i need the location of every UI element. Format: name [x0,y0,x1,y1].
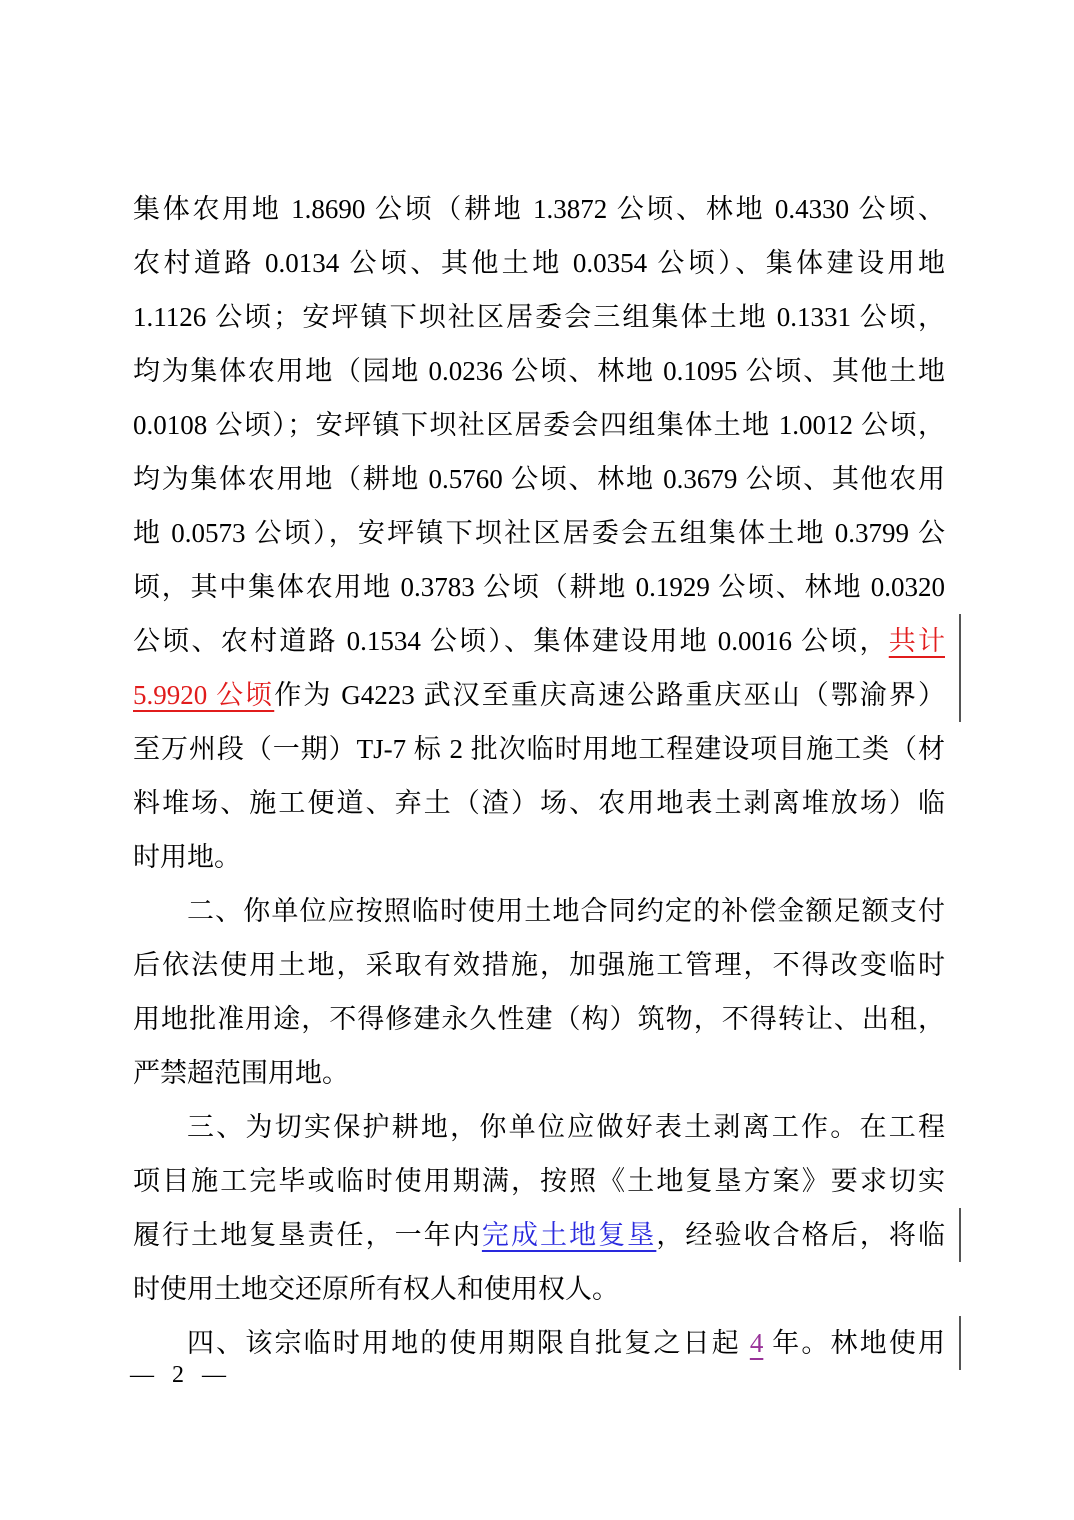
text-segment: 地 0.0573 公顷），安坪镇下坝社区居委会五组集体土地 0.3799 公 [133,518,945,548]
text-segment: 1.1126 公顷；安坪镇下坝社区居委会三组集体土地 0.1331 公顷， [133,302,945,332]
text-line: 顷，其中集体农用地 0.3783 公顷（耕地 0.1929 公顷、林地 0.03… [133,560,945,614]
text-line: 均为集体农用地（园地 0.0236 公顷、林地 0.1095 公顷、其他土地 [133,344,945,398]
text-segment: 时用地。 [133,842,241,872]
text-segment: 年。林地使用 [763,1328,945,1358]
text-line: 均为集体农用地（耕地 0.5760 公顷、林地 0.3679 公顷、其他农用 [133,452,945,506]
text-segment: 顷，其中集体农用地 0.3783 公顷（耕地 0.1929 公顷、林地 0.03… [133,572,945,602]
text-line: 集体农用地 1.8690 公顷（耕地 1.3872 公顷、林地 0.4330 公… [133,182,945,236]
revision-red-text-segment: 5.9920 公顷 [133,680,274,710]
text-line: 5.9920 公顷作为 G4223 武汉至重庆高速公路重庆巫山（鄂渝界） [133,668,945,722]
text-segment: ，经验收合格后，将临 [656,1220,945,1250]
revision-change-bar [959,1316,961,1370]
text-segment: 四、该宗临时用地的使用期限自批复之日起 [187,1328,750,1358]
text-segment: 三、为切实保护耕地，你单位应做好表土剥离工作。在工程 [187,1112,945,1142]
text-line: 农村道路 0.0134 公顷、其他土地 0.0354 公顷）、集体建设用地 [133,236,945,290]
page-number: — 2 — [130,1362,232,1389]
text-segment: 均为集体农用地（耕地 0.5760 公顷、林地 0.3679 公顷、其他农用 [133,464,945,494]
text-line: 1.1126 公顷；安坪镇下坝社区居委会三组集体土地 0.1331 公顷， [133,290,945,344]
text-segment: 时使用土地交还原所有权人和使用权人。 [133,1274,619,1304]
text-segment: 用地批准用途，不得修建永久性建（构）筑物，不得转让、出租， [133,1004,945,1034]
revision-change-bar [959,614,961,722]
text-segment: 均为集体农用地（园地 0.0236 公顷、林地 0.1095 公顷、其他土地 [133,356,945,386]
text-line: 用地批准用途，不得修建永久性建（构）筑物，不得转让、出租， [133,992,945,1046]
revision-blue-text-segment: 完成土地复垦 [482,1220,656,1250]
document-page: 集体农用地 1.8690 公顷（耕地 1.3872 公顷、林地 0.4330 公… [0,0,1074,1520]
text-segment: 农村道路 0.0134 公顷、其他土地 0.0354 公顷）、集体建设用地 [133,248,945,278]
text-segment: 公顷、农村道路 0.1534 公顷）、集体建设用地 0.0016 公顷， [133,626,889,656]
text-line: 四、该宗临时用地的使用期限自批复之日起 4 年。林地使用 [133,1316,945,1370]
text-segment: 后依法使用土地，采取有效措施，加强施工管理，不得改变临时 [133,950,945,980]
text-segment: 项目施工完毕或临时使用期满，按照《土地复垦方案》要求切实 [133,1166,945,1196]
text-line: 0.0108 公顷）；安坪镇下坝社区居委会四组集体土地 1.0012 公顷， [133,398,945,452]
text-line: 三、为切实保护耕地，你单位应做好表土剥离工作。在工程 [133,1100,945,1154]
text-line: 后依法使用土地，采取有效措施，加强施工管理，不得改变临时 [133,938,945,992]
text-line: 公顷、农村道路 0.1534 公顷）、集体建设用地 0.0016 公顷，共计 [133,614,945,668]
text-segment: 作为 G4223 武汉至重庆高速公路重庆巫山（鄂渝界） [274,680,945,710]
text-line: 严禁超范围用地。 [133,1046,945,1100]
text-segment: 至万州段（一期）TJ-7 标 2 批次临时用地工程建设项目施工类（材 [133,734,945,764]
text-line: 料堆场、施工便道、弃土（渣）场、农用地表土剥离堆放场）临 [133,776,945,830]
text-line: 时使用土地交还原所有权人和使用权人。 [133,1262,945,1316]
revision-change-bar [959,1208,961,1262]
document-body: 集体农用地 1.8690 公顷（耕地 1.3872 公顷、林地 0.4330 公… [133,182,945,1370]
text-line: 时用地。 [133,830,945,884]
text-line: 地 0.0573 公顷），安坪镇下坝社区居委会五组集体土地 0.3799 公 [133,506,945,560]
text-line: 履行土地复垦责任，一年内完成土地复垦，经验收合格后，将临 [133,1208,945,1262]
text-line: 至万州段（一期）TJ-7 标 2 批次临时用地工程建设项目施工类（材 [133,722,945,776]
text-segment: 集体农用地 1.8690 公顷（耕地 1.3872 公顷、林地 0.4330 公… [133,194,945,224]
text-segment: 0.0108 公顷）；安坪镇下坝社区居委会四组集体土地 1.0012 公顷， [133,410,945,440]
text-line: 二、你单位应按照临时使用土地合同约定的补偿金额足额支付 [133,884,945,938]
text-segment: 二、你单位应按照临时使用土地合同约定的补偿金额足额支付 [187,896,945,926]
text-segment: 严禁超范围用地。 [133,1058,349,1088]
revision-red-text-segment: 共计 [889,626,945,656]
text-line: 项目施工完毕或临时使用期满，按照《土地复垦方案》要求切实 [133,1154,945,1208]
text-segment: 履行土地复垦责任，一年内 [133,1220,482,1250]
revision-purple-text-segment: 4 [750,1328,764,1358]
text-segment: 料堆场、施工便道、弃土（渣）场、农用地表土剥离堆放场）临 [133,788,945,818]
